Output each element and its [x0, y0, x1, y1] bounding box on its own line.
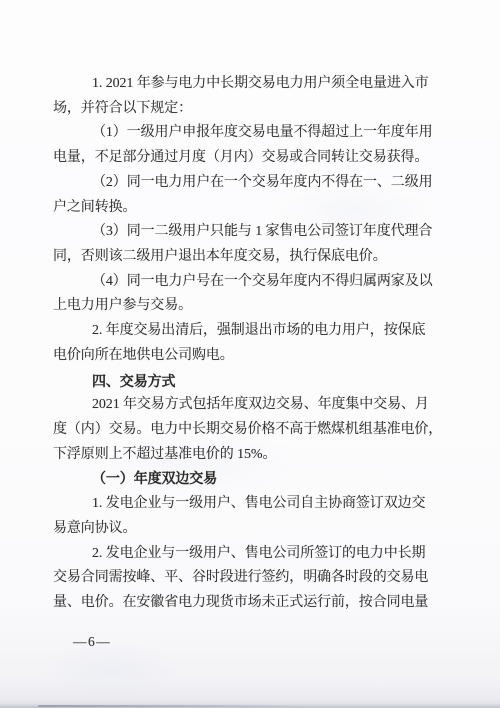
text-line: 户之间转换。: [53, 196, 445, 221]
text-line: 1. 2021 年参与电力中长期交易电力用户须全电量进入市: [53, 72, 445, 97]
text-line: 交易合同需按峰、平、谷时段进行签约，明确各时段的交易电: [53, 566, 445, 591]
text-line: 下浮原则上不超过基准电价的 15%。: [53, 443, 445, 468]
text-line: 上电力用户参与交易。: [53, 294, 445, 319]
text-line: 电量，不足部分通过月度（月内）交易或合同转让交易获得。: [53, 146, 445, 171]
section-heading: （一）年度双边交易: [53, 468, 445, 493]
text-line: 易意向协议。: [53, 517, 445, 542]
text-line: （4）同一电力户号在一个交易年度内不得归属两家及以: [53, 270, 445, 295]
text-line: 2. 发电企业与一级用户、售电公司所签订的电力中长期: [53, 542, 445, 567]
text-line: 度（内）交易。电力中长期交易价格不高于燃煤机组基准电价，: [53, 418, 445, 443]
text-line: 量、电价。在安徽省电力现货市场未正式运行前，按合同电量: [53, 591, 445, 616]
text-line: 电价向所在地供电公司购电。: [53, 344, 445, 369]
text-line: （2）同一电力用户在一个交易年度内不得在一、二级用: [53, 171, 445, 196]
text-line: 1. 发电企业与一级用户、售电公司自主协商签订双边交: [53, 492, 445, 517]
text-line: 2. 年度交易出清后，强制退出市场的电力用户，按保底: [53, 319, 445, 344]
scan-edge-line: [38, 705, 308, 707]
text-line: 场，并符合以下规定：: [53, 97, 445, 122]
text-line: （1）一级用户申报年度交易电量不得超过上一年度年用: [53, 121, 445, 146]
document-body: 1. 2021 年参与电力中长期交易电力用户须全电量进入市场，并符合以下规定：（…: [53, 72, 445, 616]
text-line: 同，否则该二级用户退出本年度交易，执行保底电价。: [53, 245, 445, 270]
text-line: （3）同一二级用户只能与 1 家售电公司签订年度代理合: [53, 220, 445, 245]
text-line: 2021 年交易方式包括年度双边交易、年度集中交易、月: [53, 393, 445, 418]
page-number: —6—: [73, 634, 111, 650]
section-heading: 四、交易方式: [53, 369, 445, 394]
scanned-document-page: 1. 2021 年参与电力中长期交易电力用户须全电量进入市场，并符合以下规定：（…: [0, 0, 500, 708]
